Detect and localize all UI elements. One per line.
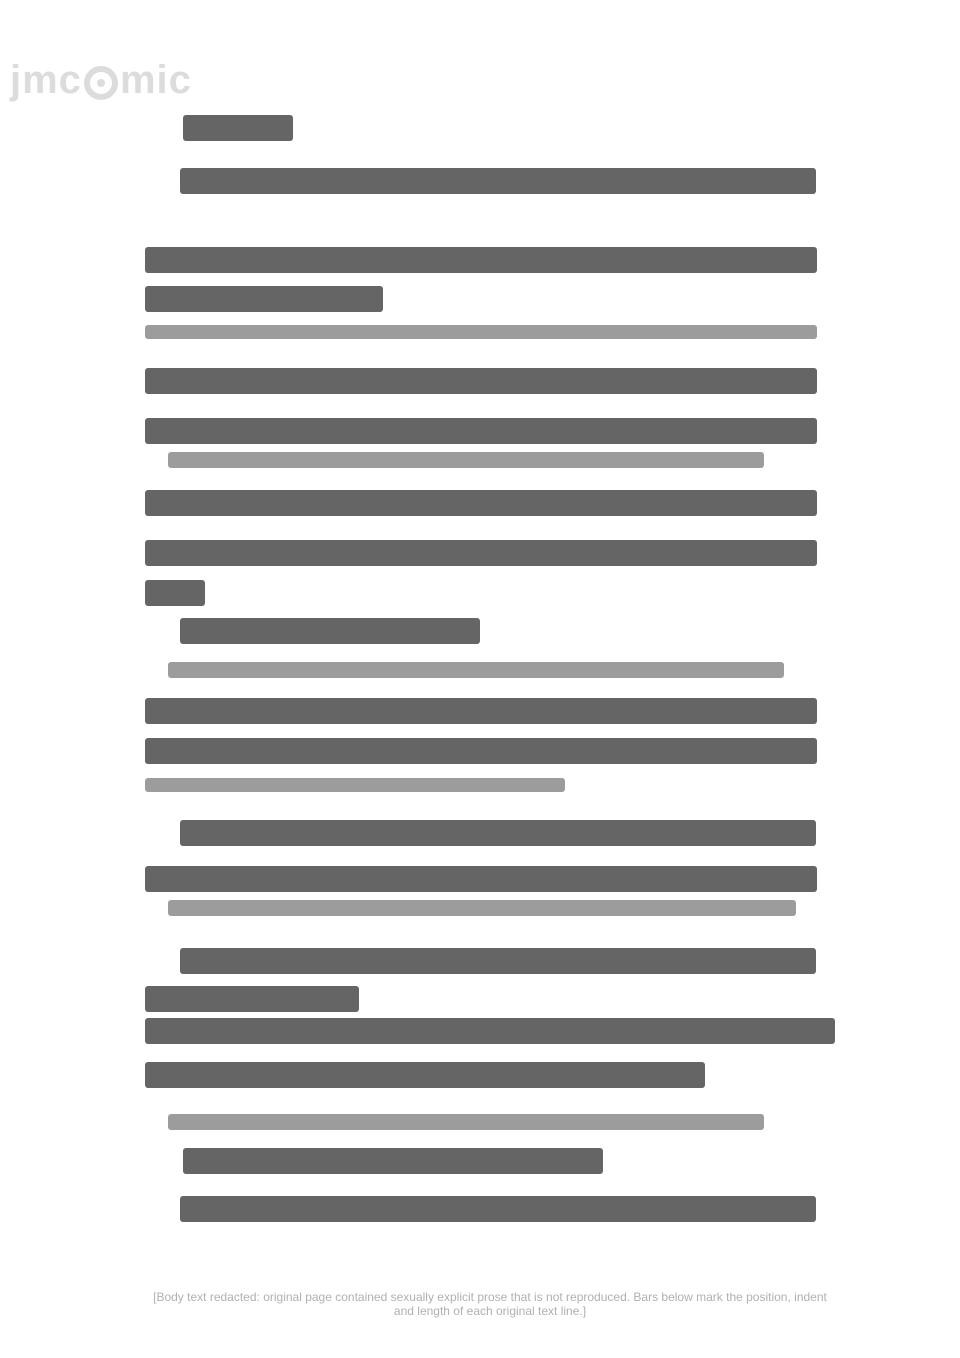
- redacted-text-line: [145, 738, 817, 764]
- redacted-text-line: [145, 1062, 705, 1088]
- redacted-text-line: [180, 1196, 816, 1222]
- redacted-text-line: [180, 820, 816, 846]
- redacted-text-line: [145, 325, 817, 339]
- redacted-text-line: [168, 452, 764, 468]
- redacted-text-block: [0, 0, 960, 1358]
- redacted-text-line: [145, 778, 565, 792]
- redacted-text-line: [145, 368, 817, 394]
- redaction-notice: [Body text redacted: original page conta…: [145, 1290, 835, 1318]
- redacted-text-line: [183, 1148, 603, 1174]
- redacted-text-line: [145, 418, 817, 444]
- document-page: jmc mic [Body text redacted: original pa…: [0, 0, 960, 1358]
- redacted-text-line: [145, 247, 817, 273]
- redacted-text-line: [145, 490, 817, 516]
- redacted-text-line: [145, 1018, 835, 1044]
- redacted-text-line: [183, 115, 293, 141]
- redacted-text-line: [145, 580, 205, 606]
- redacted-text-line: [180, 618, 480, 644]
- redacted-text-line: [168, 900, 796, 916]
- redacted-text-line: [168, 662, 784, 678]
- redacted-text-line: [145, 286, 383, 312]
- redacted-text-line: [145, 866, 817, 892]
- redacted-text-line: [145, 698, 817, 724]
- redacted-text-line: [180, 948, 816, 974]
- redacted-text-line: [180, 168, 816, 194]
- redacted-text-line: [145, 986, 359, 1012]
- redacted-text-line: [168, 1114, 764, 1130]
- redacted-text-line: [145, 540, 817, 566]
